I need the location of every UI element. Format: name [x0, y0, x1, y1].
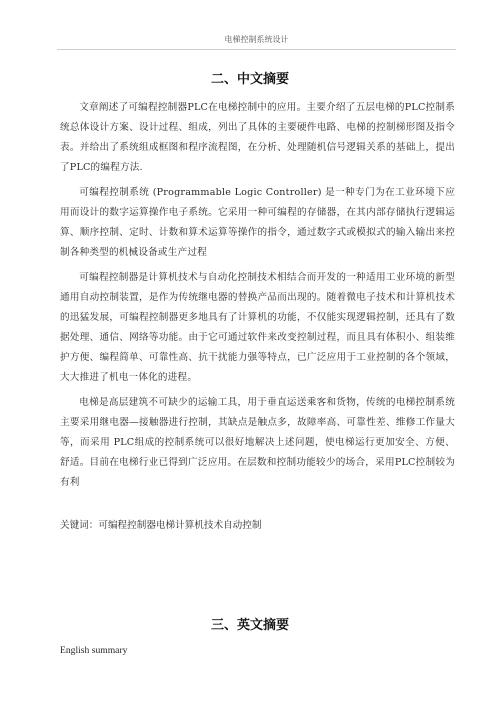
section-title-chinese-abstract: 二、中文摘要 [0, 68, 500, 87]
page-header: 电梯控制系统设计 [57, 34, 456, 45]
chinese-abstract-body: 文章阐述了可编程控制器PLC在电梯控制中的应用。主要介绍了五层电梯的PLC控制系… [60, 98, 455, 498]
section-title-english-abstract: 三、英文摘要 [0, 614, 500, 633]
abstract-paragraph: 可编程控制系统 (Programmable Logic Controller) … [60, 183, 455, 263]
english-summary-text: English summary [60, 645, 127, 656]
abstract-paragraph: 可编程控制器是计算机技术与自动化控制技术相结合而开发的一种适用工业环境的新型通用… [60, 268, 455, 388]
abstract-paragraph: 电梯是高层建筑不可缺少的运输工具，用于垂直运送乘客和货物，传统的电梯控制系统主要… [60, 393, 455, 493]
header-divider [57, 49, 456, 50]
abstract-paragraph: 文章阐述了可编程控制器PLC在电梯控制中的应用。主要介绍了五层电梯的PLC控制系… [60, 98, 455, 178]
keywords-line: 关键词：可编程控制器电梯计算机技术自动控制 [60, 517, 261, 531]
